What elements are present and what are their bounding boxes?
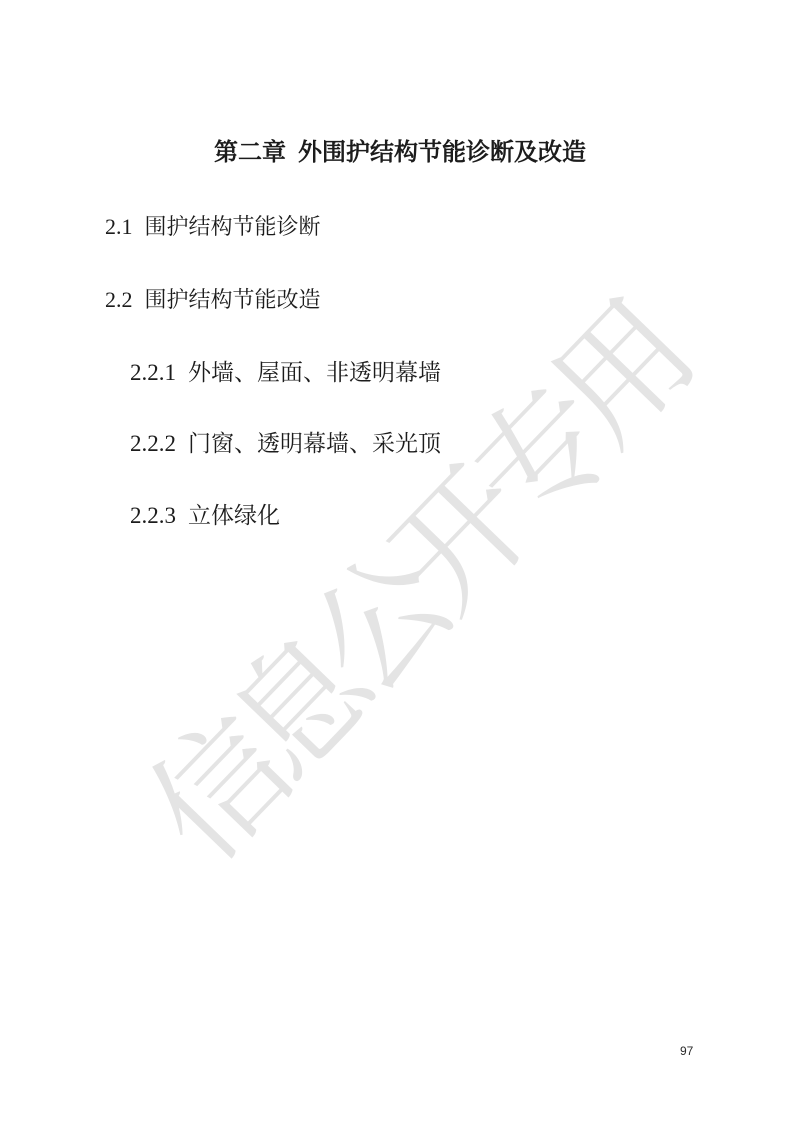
- chapter-title: 第二章 外围护结构节能诊断及改造: [0, 139, 800, 168]
- page-number: 97: [680, 1044, 693, 1058]
- section-title: 围护结构节能改造: [145, 287, 321, 312]
- section-title: 门窗、透明幕墙、采光顶: [188, 431, 441, 457]
- section-number: 2.2: [105, 287, 133, 312]
- section-number: 2.2.3: [130, 503, 176, 529]
- section-heading-2-2-2: 2.2.2门窗、透明幕墙、采光顶: [130, 431, 441, 457]
- section-heading-2-2-1: 2.2.1外墙、屋面、非透明幕墙: [130, 360, 441, 386]
- section-title: 围护结构节能诊断: [145, 214, 321, 239]
- page-content: 第二章 外围护结构节能诊断及改造 2.1围护结构节能诊断 2.2围护结构节能改造…: [0, 0, 800, 1131]
- section-number: 2.2.1: [130, 360, 176, 386]
- section-heading-2-2-3: 2.2.3立体绿化: [130, 503, 280, 529]
- section-heading-2-1: 2.1围护结构节能诊断: [105, 214, 321, 239]
- section-title: 立体绿化: [188, 503, 280, 529]
- section-title: 外墙、屋面、非透明幕墙: [188, 360, 441, 386]
- section-number: 2.1: [105, 214, 133, 239]
- section-heading-2-2: 2.2围护结构节能改造: [105, 287, 321, 312]
- section-number: 2.2.2: [130, 431, 176, 457]
- document-page: 信息公开专用 第二章 外围护结构节能诊断及改造 2.1围护结构节能诊断 2.2围…: [0, 0, 800, 1131]
